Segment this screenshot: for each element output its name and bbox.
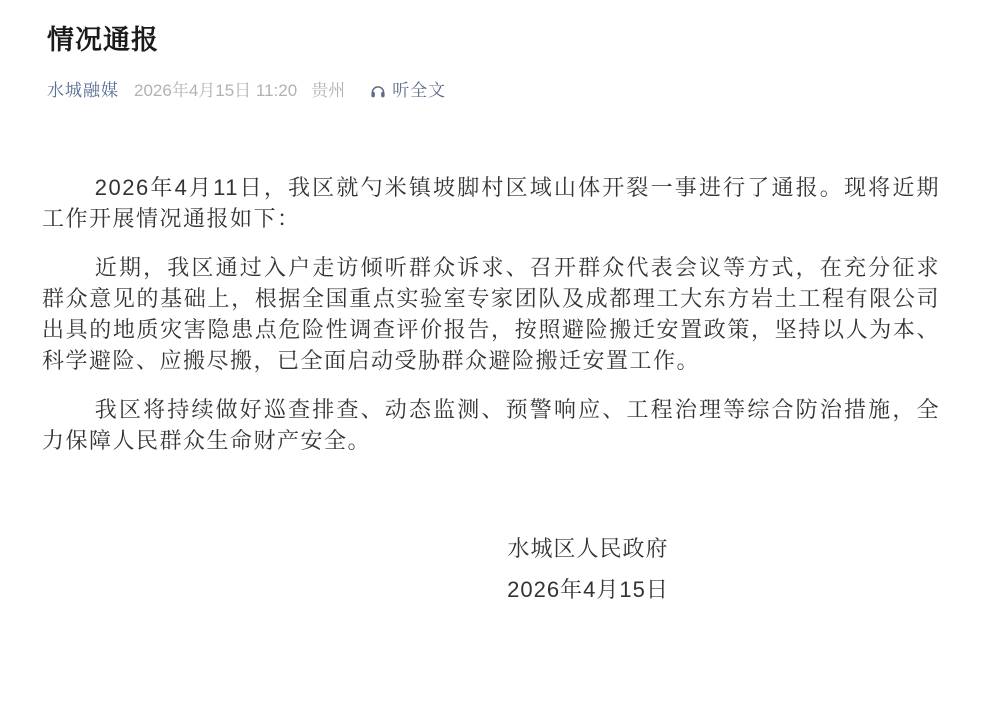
article-body: 2026年4月11日，我区就勺米镇坡脚村区域山体开裂一事进行了通报。现将近期工作… (42, 172, 940, 610)
publish-location: 贵州 (311, 80, 345, 102)
listen-audio-button[interactable]: 听全文 (369, 80, 446, 102)
headphone-icon (369, 82, 387, 100)
account-name-link[interactable]: 水城融媒 (47, 80, 119, 102)
byline: 水城融媒 2026年4月15日 11:20 贵州 听全文 (47, 80, 940, 102)
signature-date: 2026年4月15日 (139, 569, 995, 610)
paragraph-2: 近期，我区通过入户走访倾听群众诉求、召开群众代表会议等方式，在充分征求群众意见的… (42, 252, 940, 376)
paragraph-1: 2026年4月11日，我区就勺米镇坡脚村区域山体开裂一事进行了通报。现将近期工作… (42, 172, 940, 234)
page-title: 情况通报 (47, 24, 940, 56)
signature-block: 水城区人民政府 2026年4月15日 (139, 528, 995, 610)
paragraph-3: 我区将持续做好巡查排查、动态监测、预警响应、工程治理等综合防治措施，全力保障人民… (42, 394, 940, 456)
publish-datetime: 2026年4月15日 11:20 (134, 80, 297, 102)
article-page: 情况通报 水城融媒 2026年4月15日 11:20 贵州 听全文 2026年4… (0, 0, 995, 705)
listen-label: 听全文 (392, 80, 446, 102)
signature-author: 水城区人民政府 (139, 528, 995, 569)
